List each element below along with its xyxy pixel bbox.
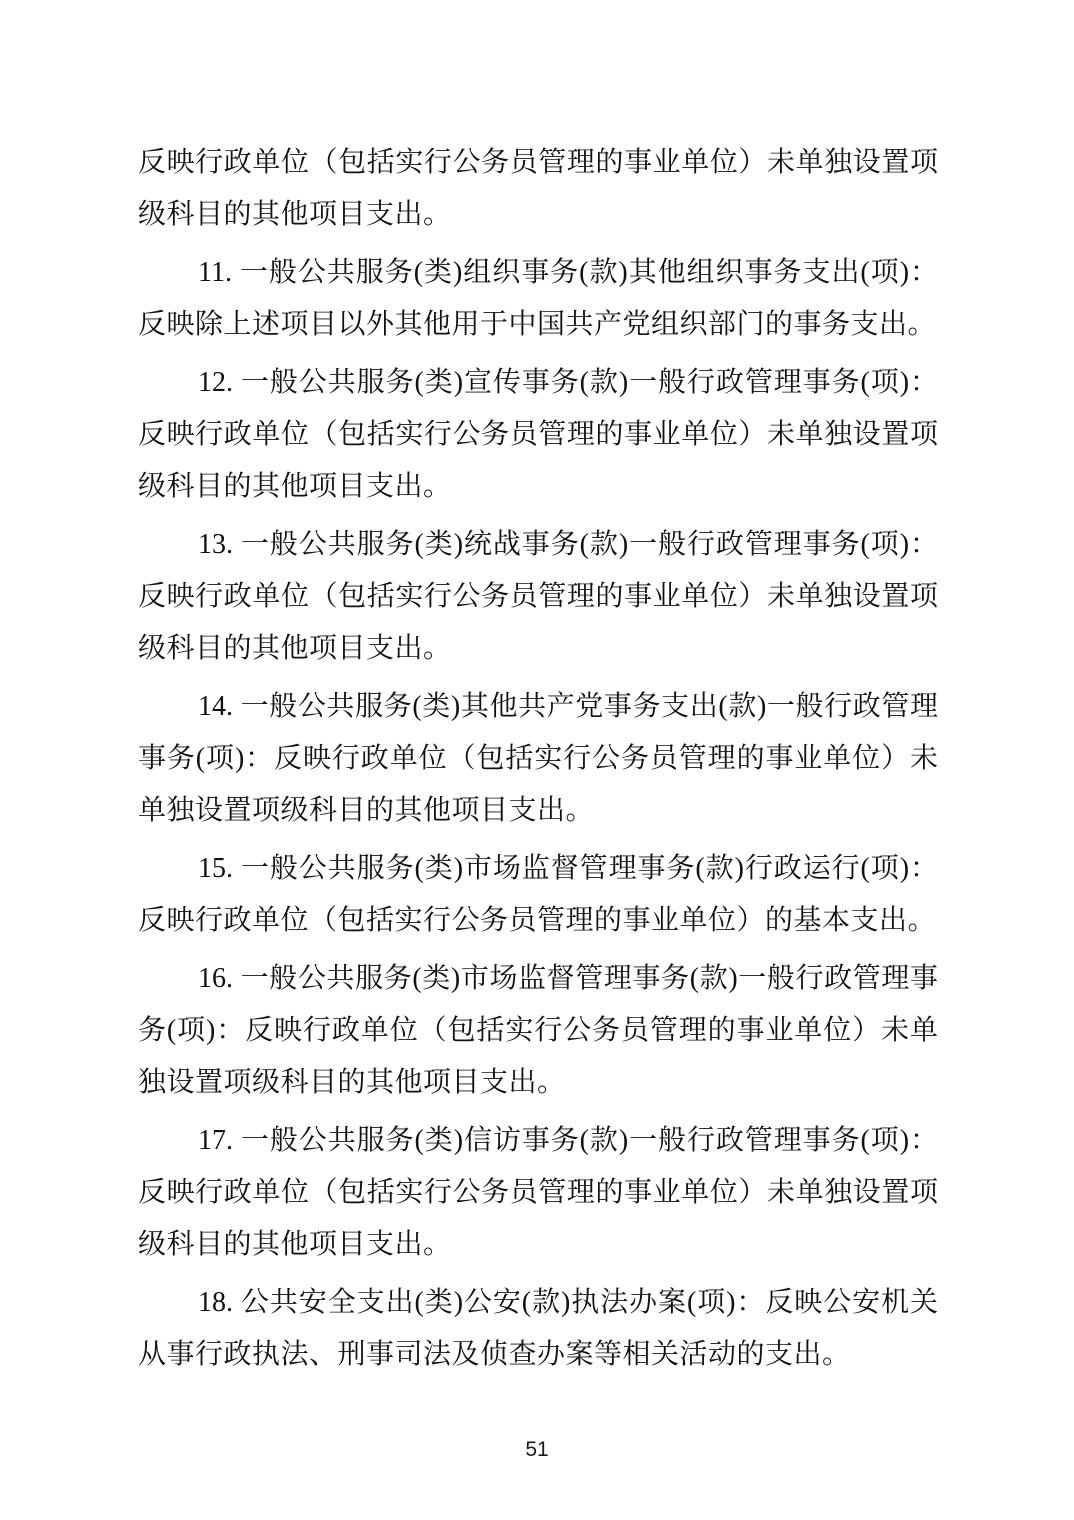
text-line: 14. 一般公共服务(类)其他共产党事务支出(款)一般行政管理	[138, 681, 938, 733]
paragraph-item-18: 18. 公共安全支出(类)公安(款)执法办案(项)：反映公安机关 从事行政执法、…	[138, 1277, 938, 1381]
text-line: 独设置项级科目的其他项目支出。	[138, 1057, 938, 1109]
text-line: 11. 一般公共服务(类)组织事务(款)其他组织事务支出(项)：	[138, 247, 938, 299]
text-line: 15. 一般公共服务(类)市场监督管理事务(款)行政运行(项)：	[138, 843, 938, 895]
text-line: 12. 一般公共服务(类)宣传事务(款)一般行政管理事务(项)：	[138, 357, 938, 409]
paragraph-item-16: 16. 一般公共服务(类)市场监督管理事务(款)一般行政管理事 务(项)：反映行…	[138, 953, 938, 1109]
paragraph-item-14: 14. 一般公共服务(类)其他共产党事务支出(款)一般行政管理 事务(项)：反映…	[138, 681, 938, 837]
paragraph-item-13: 13. 一般公共服务(类)统战事务(款)一般行政管理事务(项)： 反映行政单位（…	[138, 519, 938, 675]
text-line: 级科目的其他项目支出。	[138, 623, 938, 675]
paragraph-item-10-continuation: 反映行政单位（包括实行公务员管理的事业单位）未单独设置项 级科目的其他项目支出。	[138, 137, 938, 241]
text-line: 18. 公共安全支出(类)公安(款)执法办案(项)：反映公安机关	[138, 1277, 938, 1329]
text-line: 13. 一般公共服务(类)统战事务(款)一般行政管理事务(项)：	[138, 519, 938, 571]
text-line: 反映行政单位（包括实行公务员管理的事业单位）未单独设置项	[138, 1167, 938, 1219]
text-line: 事务(项)：反映行政单位（包括实行公务员管理的事业单位）未	[138, 733, 938, 785]
text-line: 级科目的其他项目支出。	[138, 461, 938, 513]
text-line: 反映除上述项目以外其他用于中国共产党组织部门的事务支出。	[138, 299, 938, 351]
text-line: 反映行政单位（包括实行公务员管理的事业单位）未单独设置项	[138, 409, 938, 461]
document-page: 反映行政单位（包括实行公务员管理的事业单位）未单独设置项 级科目的其他项目支出。…	[0, 0, 1074, 1520]
paragraph-item-17: 17. 一般公共服务(类)信访事务(款)一般行政管理事务(项)： 反映行政单位（…	[138, 1115, 938, 1271]
paragraph-item-12: 12. 一般公共服务(类)宣传事务(款)一般行政管理事务(项)： 反映行政单位（…	[138, 357, 938, 513]
paragraph-item-11: 11. 一般公共服务(类)组织事务(款)其他组织事务支出(项)： 反映除上述项目…	[138, 247, 938, 351]
text-content: 反映行政单位（包括实行公务员管理的事业单位）未单独设置项 级科目的其他项目支出。…	[138, 137, 938, 1381]
page-number: 51	[0, 1438, 1074, 1462]
text-line: 单独设置项级科目的其他项目支出。	[138, 785, 938, 837]
text-line: 反映行政单位（包括实行公务员管理的事业单位）未单独设置项	[138, 571, 938, 623]
text-line: 反映行政单位（包括实行公务员管理的事业单位）的基本支出。	[138, 895, 938, 947]
text-line: 务(项)：反映行政单位（包括实行公务员管理的事业单位）未单	[138, 1005, 938, 1057]
text-line: 级科目的其他项目支出。	[138, 189, 938, 241]
text-line: 级科目的其他项目支出。	[138, 1219, 938, 1271]
text-line: 16. 一般公共服务(类)市场监督管理事务(款)一般行政管理事	[138, 953, 938, 1005]
paragraph-item-15: 15. 一般公共服务(类)市场监督管理事务(款)行政运行(项)： 反映行政单位（…	[138, 843, 938, 947]
text-line: 从事行政执法、刑事司法及侦查办案等相关活动的支出。	[138, 1329, 938, 1381]
text-line: 17. 一般公共服务(类)信访事务(款)一般行政管理事务(项)：	[138, 1115, 938, 1167]
text-line: 反映行政单位（包括实行公务员管理的事业单位）未单独设置项	[138, 137, 938, 189]
